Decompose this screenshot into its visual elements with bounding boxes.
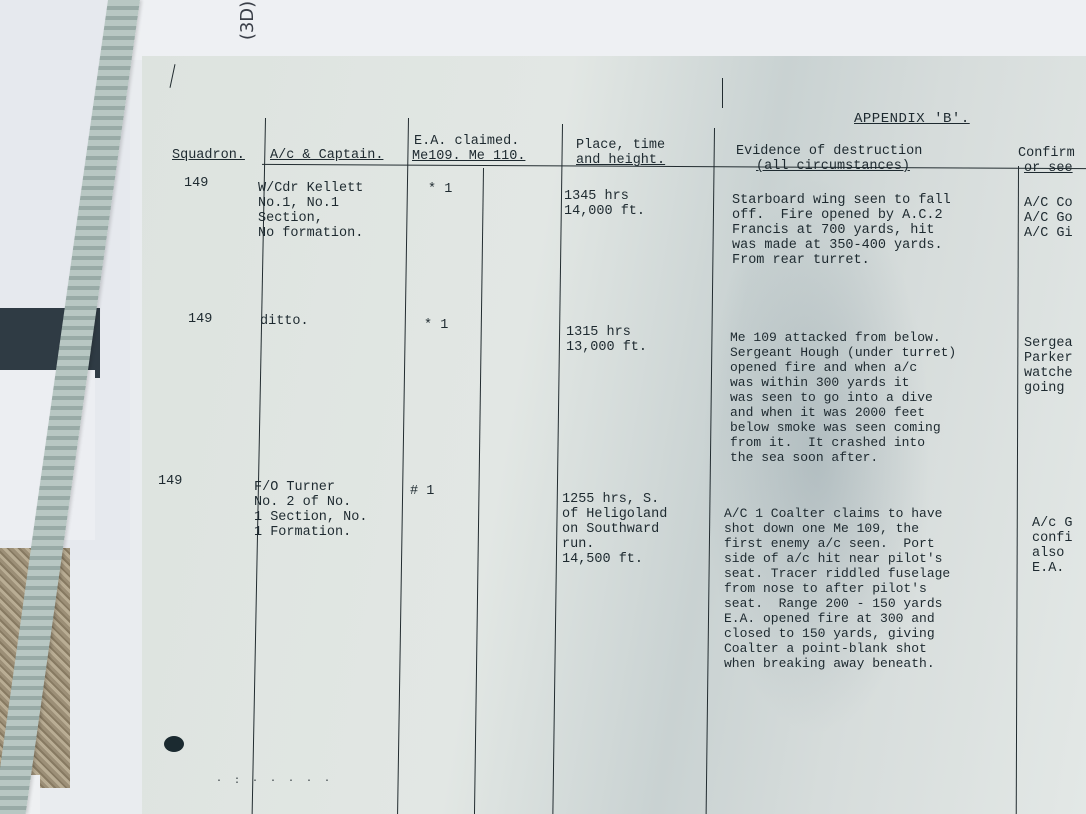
header-height: and height. (576, 153, 665, 168)
cell-evidence: Starboard wing seen to fall off. Fire op… (732, 193, 951, 268)
cell-ac-captain: ditto. (260, 314, 309, 329)
header-me109-me110: Me109. Me 110. (412, 149, 525, 164)
appendix-title: APPENDIX 'B'. (854, 112, 970, 127)
cell-confirmation: A/c G confi also E.A. (1032, 516, 1073, 576)
background-surface (0, 0, 1086, 60)
ink-blot (164, 736, 184, 752)
header-ac-captain: A/c & Captain. (270, 148, 383, 163)
cell-confirmation: A/C Co A/C Go A/C Gi (1024, 196, 1073, 241)
cell-place: 1255 hrs, S. of Heligoland on Southward … (562, 492, 667, 567)
cell-me109: * 1 (428, 182, 452, 197)
handwritten-note: (3D) (237, 1, 258, 40)
cell-place: 1345 hrs 14,000 ft. (564, 189, 645, 219)
column-divider (474, 168, 484, 814)
speckle-marks: · : · · · · · (216, 774, 333, 789)
header-squadron: Squadron. (172, 148, 245, 163)
cell-ac-captain: F/O Turner No. 2 of No. 1 Section, No. 1… (254, 480, 367, 540)
cell-ac-captain: W/Cdr Kellett No.1, No.1 Section, No for… (258, 181, 363, 241)
cell-squadron: 149 (188, 312, 212, 327)
cell-evidence: Me 109 attacked from below. Sergeant Hou… (730, 330, 956, 465)
stray-mark (722, 78, 723, 108)
header-confirmation-2: or see (1024, 161, 1073, 176)
cell-place: 1315 hrs 13,000 ft. (566, 325, 647, 355)
header-confirmation: Confirm (1018, 146, 1075, 161)
header-rule (262, 164, 1086, 169)
header-ea-claimed: E.A. claimed. (414, 134, 519, 149)
column-divider (1016, 166, 1019, 814)
header-place: Place, time (576, 138, 665, 153)
cell-me109: * 1 (424, 318, 448, 333)
cell-me109: # 1 (410, 484, 434, 499)
column-divider (397, 118, 409, 814)
stray-mark (170, 64, 176, 88)
column-divider (552, 124, 563, 814)
header-circumstances: (all circumstances) (756, 159, 910, 174)
cell-squadron: 149 (158, 474, 182, 489)
column-divider (706, 128, 715, 814)
cell-evidence: A/C 1 Coalter claims to have shot down o… (724, 506, 950, 671)
document-sheet: APPENDIX 'B'. Squadron. A/c & Captain. E… (142, 56, 1086, 814)
header-evidence: Evidence of destruction (736, 144, 922, 159)
cell-squadron: 149 (184, 176, 208, 191)
cell-confirmation: Sergea Parker watche going (1024, 336, 1073, 396)
